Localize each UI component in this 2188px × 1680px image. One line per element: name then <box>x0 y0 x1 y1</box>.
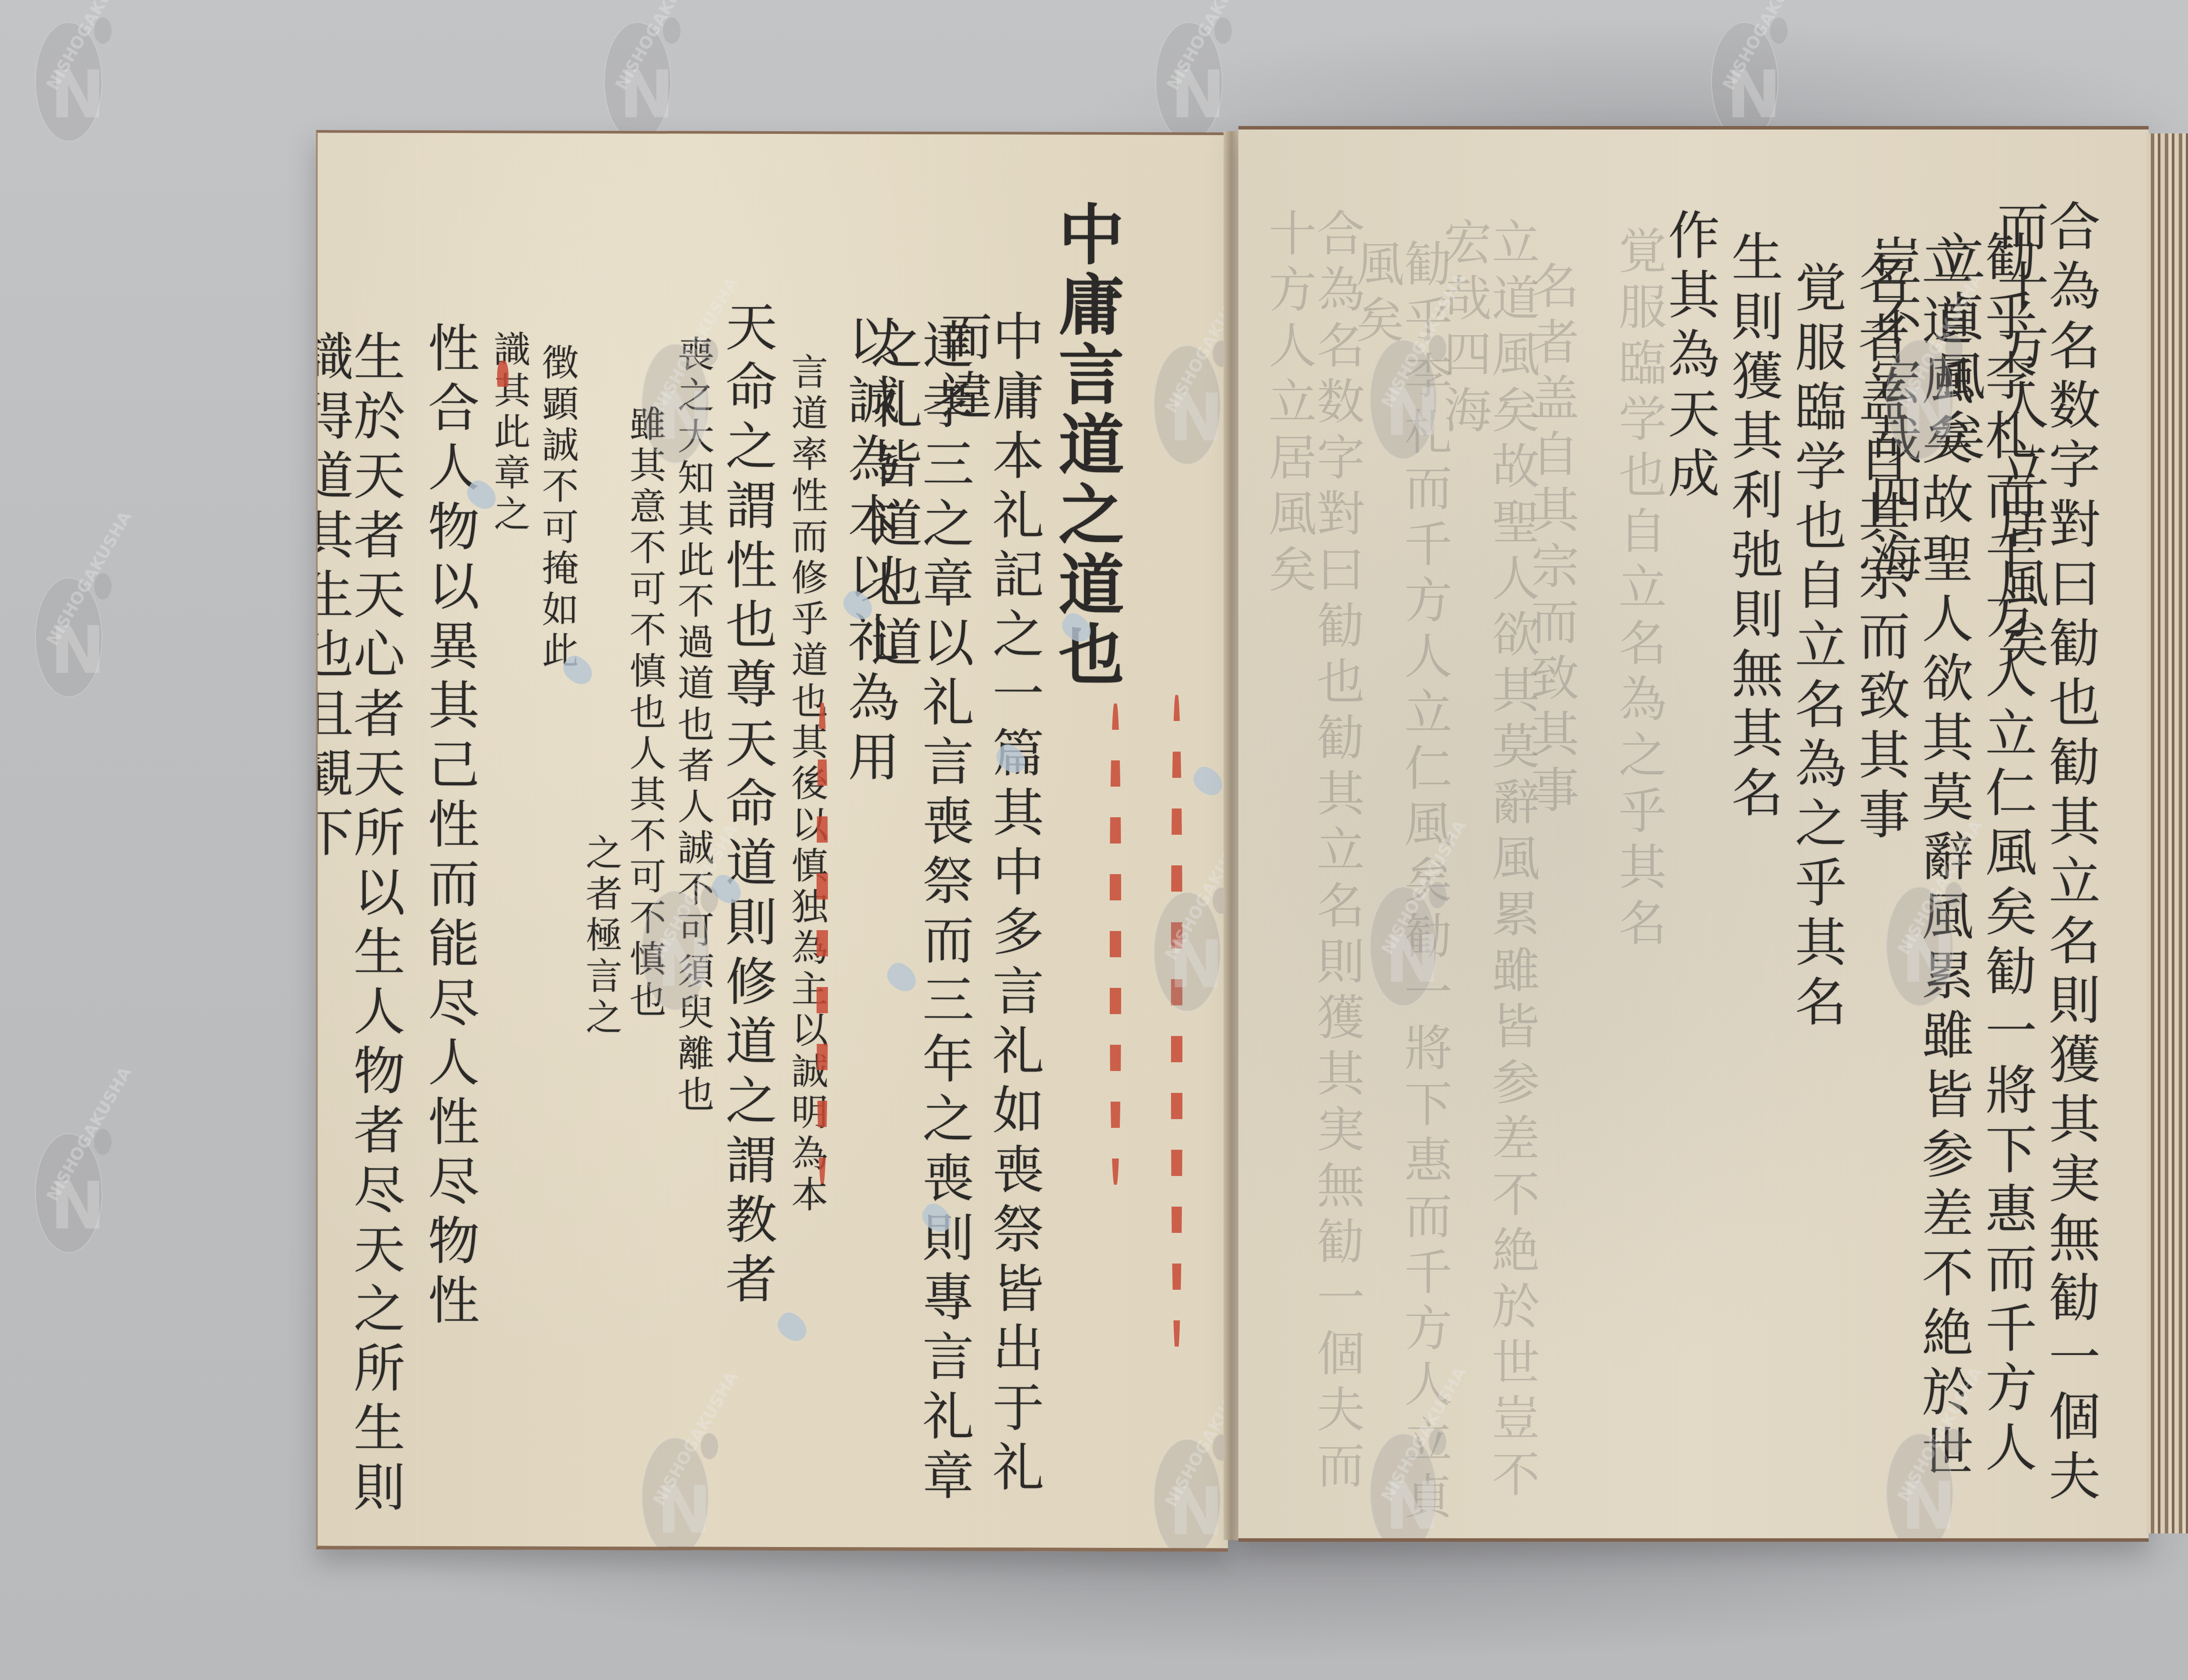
watermark-logo: NNISHOGAKUSHA <box>18 564 118 696</box>
text-column: 喪之大知其此不過道也者人誠不可須臾離也 <box>675 335 712 1116</box>
text-column: 徴顕誠不可掩如此 <box>539 343 576 672</box>
left-page: 中庸言道之道也 中庸本礼記之一篇其中多言礼如喪祭皆出于礼而違 達孝三之章以礼言喪… <box>316 130 1228 1551</box>
red-annotation-dot <box>497 360 508 395</box>
watermark-logo: NNISHOGAKUSHA <box>18 9 118 140</box>
watermark-logo: NNISHOGAKUSHA <box>1136 332 1228 463</box>
red-annotation-line <box>817 703 828 1184</box>
page-stack-edge <box>2146 133 2188 1533</box>
text-column: 生於天者天心者天所以生人物者尽天之所生則識得道其生也且観下 <box>316 329 401 1546</box>
bleed-through-text: 合為名数字對曰勧也勧其立名則獲其実無勧一個夫而十方人立居風矣 <box>1265 208 1361 1538</box>
text-column: 生則獲其利弛則無其名 <box>1727 230 1779 825</box>
blue-annotation-mark <box>1189 763 1228 800</box>
text-column: 以誠為本以礼為用 <box>844 313 895 789</box>
right-page: 合為名数字對曰勧也勧其立名則獲其実無勧一個夫而十方人立居風矣 勧乎李札而千方人立… <box>1238 126 2149 1542</box>
text-column: 之者極言之 <box>583 833 620 1039</box>
bleed-through-text: 名者盖自其宗而致其事 <box>1527 261 1575 821</box>
page-heading: 中庸言道之道也 <box>1053 200 1119 690</box>
text-column: 識其此章之 <box>491 330 528 535</box>
watermark-logo: NNISHOGAKUSHA <box>624 1424 725 1552</box>
bleed-through-text: 立道風矣故聖人欲其莫辭風累雖皆参差不絶於世豈不宏哉四海 <box>1440 217 1536 1538</box>
text-column: 性合人物以異其己性而能尽人性尽物性 <box>424 321 475 1333</box>
bleed-through-text: 勧乎李札而千方人立仁風矣勧一將下惠而千方人立貞風矣 <box>1352 239 1448 1538</box>
text-column: 覚服臨学也自立名為之乎其名 <box>1791 261 1842 1034</box>
blue-annotation-mark <box>773 1309 812 1346</box>
text-column: 作其為天成 <box>1664 208 1715 506</box>
text-column: 雖其意不可不慎也人其不可不慎也 <box>627 405 663 1022</box>
watermark-logo: NNISHOGAKUSHA <box>586 9 687 140</box>
bleed-through-text: 覚服臨学也自立名為之乎其名 <box>1615 226 1663 954</box>
text-column: 天命之謂性也尊天命道則修道之謂教者 <box>721 300 773 1312</box>
watermark-logo: NNISHOGAKUSHA <box>1136 1425 1228 1552</box>
watermark-logo: NNISHOGAKUSHA <box>18 1120 118 1251</box>
text-column: 名者盖自其宗而致其事 <box>1854 252 1906 847</box>
red-annotation-line <box>1171 695 1182 1351</box>
red-annotation-line <box>1110 703 1121 1185</box>
